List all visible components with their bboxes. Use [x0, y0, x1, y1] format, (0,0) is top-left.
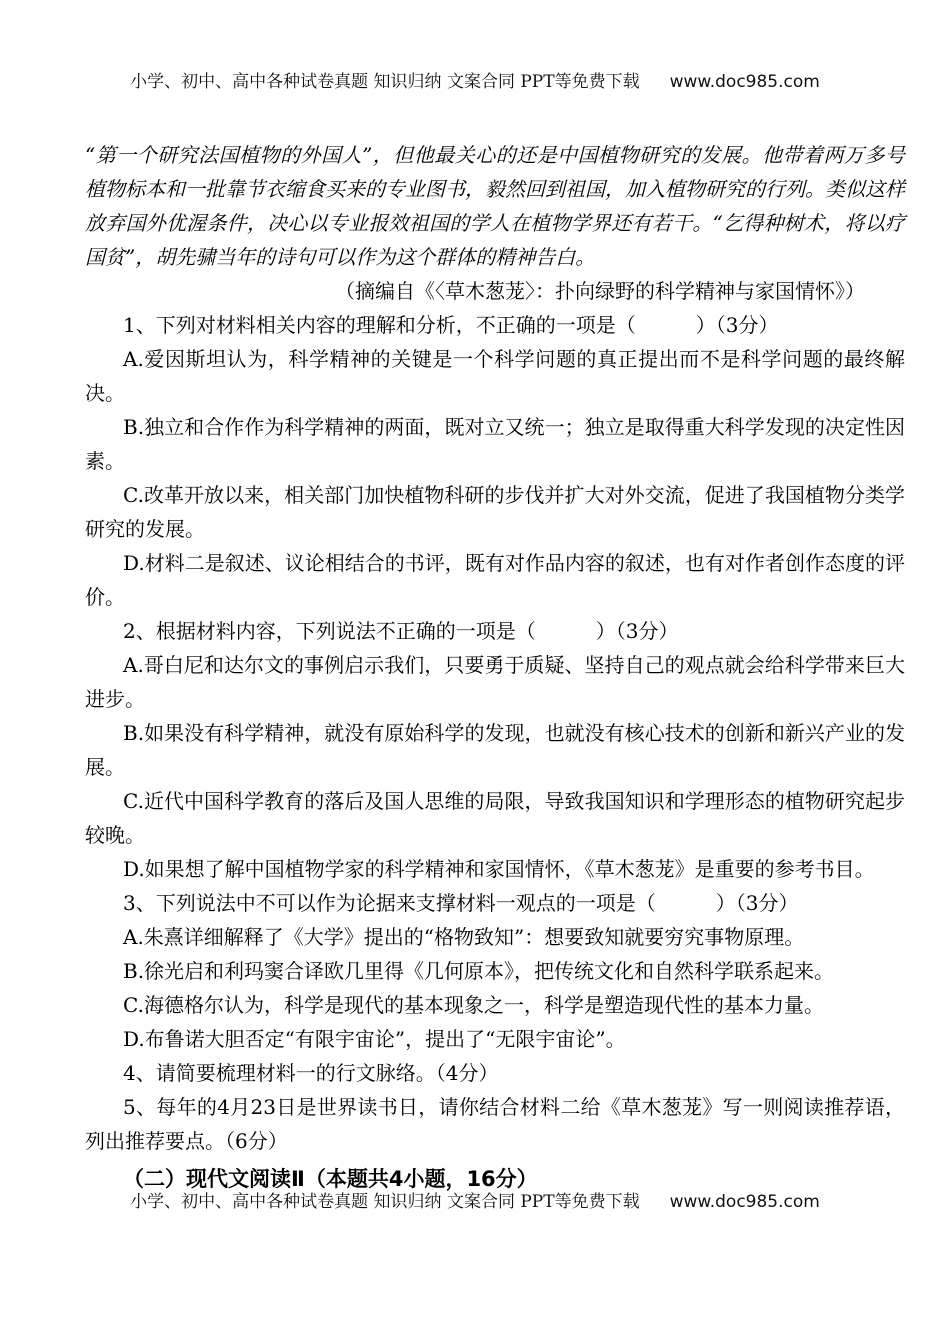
- question-3-option-b: B.徐光启和利玛窦合译欧几里得《几何原本》，把传统文化和自然科学联系起来。: [85, 954, 905, 988]
- question-1-option-a: A.爱因斯坦认为，科学精神的关键是一个科学问题的真正提出而不是科学问题的最终解决…: [85, 342, 905, 410]
- question-1-option-c: C.改革开放以来，相关部门加快植物科研的步伐并扩大对外交流，促进了我国植物分类学…: [85, 478, 905, 546]
- question-2-option-d: D.如果想了解中国植物学家的科学精神和家国情怀，《草木葱茏》是重要的参考书目。: [85, 852, 905, 886]
- question-5-stem: 5、每年的4月23日是世界读书日，请你结合材料二给《草木葱茏》写一则阅读推荐语，…: [85, 1090, 905, 1158]
- question-3-option-a: A.朱熹详细解释了《大学》提出的“格物致知”：想要致知就要穷究事物原理。: [85, 920, 905, 954]
- footer-site-url-link[interactable]: www.doc985.com: [670, 1192, 820, 1212]
- passage-citation: （摘编自《〈草木葱茏〉：扑向绿野的科学精神与家国情怀》）: [85, 274, 905, 308]
- question-1-stem: 1、下列对材料相关内容的理解和分析，不正确的一项是（ ）（3分）: [85, 308, 905, 342]
- question-4-stem: 4、请简要梳理材料一的行文脉络。（4分）: [85, 1056, 905, 1090]
- footer-promo-text: 小学、初中、高中各种试卷真题 知识归纳 文案合同 PPT等免费下载: [130, 1192, 639, 1212]
- exam-document-body: “第一个研究法国植物的外国人”，但他最关心的还是中国植物研究的发展。他带着两万多…: [85, 138, 905, 1196]
- header-site-url-link[interactable]: www.doc985.com: [670, 72, 820, 92]
- question-3-option-d: D.布鲁诺大胆否定“有限宇宙论”，提出了“无限宇宙论”。: [85, 1022, 905, 1056]
- passage-paragraph: “第一个研究法国植物的外国人”，但他最关心的还是中国植物研究的发展。他带着两万多…: [85, 138, 905, 274]
- page-footer: 小学、初中、高中各种试卷真题 知识归纳 文案合同 PPT等免费下载www.doc…: [0, 1190, 950, 1214]
- question-1-option-b: B.独立和合作作为科学精神的两面，既对立又统一；独立是取得重大科学发现的决定性因…: [85, 410, 905, 478]
- question-2-option-a: A.哥白尼和达尔文的事例启示我们，只要勇于质疑、坚持自己的观点就会给科学带来巨大…: [85, 648, 905, 716]
- question-3-stem: 3、下列说法中不可以作为论据来支撑材料一观点的一项是（ ）（3分）: [85, 886, 905, 920]
- page-header: 小学、初中、高中各种试卷真题 知识归纳 文案合同 PPT等免费下载www.doc…: [0, 70, 950, 94]
- question-2-option-b: B.如果没有科学精神，就没有原始科学的发现，也就没有核心技术的创新和新兴产业的发…: [85, 716, 905, 784]
- question-1-option-d: D.材料二是叙述、议论相结合的书评，既有对作品内容的叙述，也有对作者创作态度的评…: [85, 546, 905, 614]
- question-2-stem: 2、根据材料内容，下列说法不正确的一项是（ ）（3分）: [85, 614, 905, 648]
- question-3-option-c: C.海德格尔认为，科学是现代的基本现象之一，科学是塑造现代性的基本力量。: [85, 988, 905, 1022]
- question-2-option-c: C.近代中国科学教育的落后及国人思维的局限，导致我国知识和学理形态的植物研究起步…: [85, 784, 905, 852]
- header-promo-text: 小学、初中、高中各种试卷真题 知识归纳 文案合同 PPT等免费下载: [130, 72, 639, 92]
